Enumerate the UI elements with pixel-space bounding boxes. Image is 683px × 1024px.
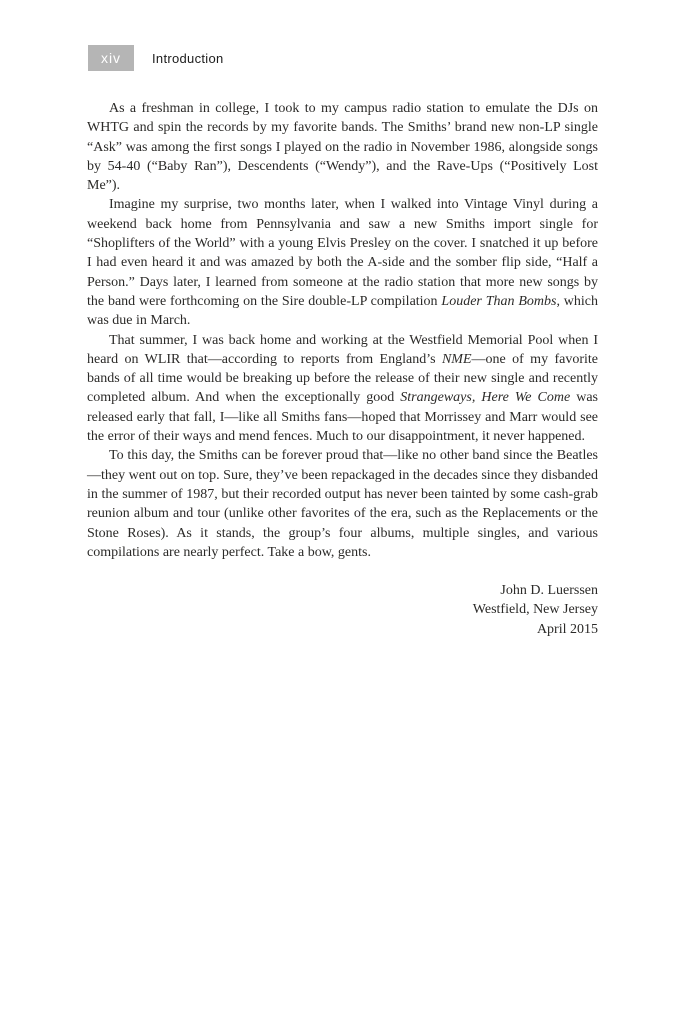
section-title: Introduction <box>152 51 224 66</box>
signature-block: John D. LuerssenWestfield, New JerseyApr… <box>87 581 598 639</box>
italic-text-run: Louder Than Bombs <box>441 294 556 309</box>
page-header: xiv Introduction <box>88 45 224 71</box>
italic-text-run: NME <box>442 352 472 367</box>
text-run: As a freshman in college, I took to my c… <box>87 101 598 193</box>
paragraph: Imagine my surprise, two months later, w… <box>87 195 598 330</box>
paragraph: As a freshman in college, I took to my c… <box>87 99 598 195</box>
page-number-badge: xiv <box>88 45 134 71</box>
signature-line: John D. Luerssen <box>87 581 598 600</box>
signature-line: April 2015 <box>87 620 598 639</box>
book-page: xiv Introduction As a freshman in colleg… <box>0 0 683 1024</box>
paragraph: That summer, I was back home and working… <box>87 331 598 447</box>
italic-text-run: Strangeways, Here We Come <box>400 390 570 405</box>
text-run: To this day, the Smiths can be forever p… <box>87 448 598 559</box>
paragraph: To this day, the Smiths can be forever p… <box>87 446 598 562</box>
signature-line: Westfield, New Jersey <box>87 600 598 619</box>
body-paragraphs: As a freshman in college, I took to my c… <box>87 99 598 562</box>
body-text: As a freshman in college, I took to my c… <box>87 99 598 639</box>
text-run: Imagine my surprise, two months later, w… <box>87 197 598 308</box>
